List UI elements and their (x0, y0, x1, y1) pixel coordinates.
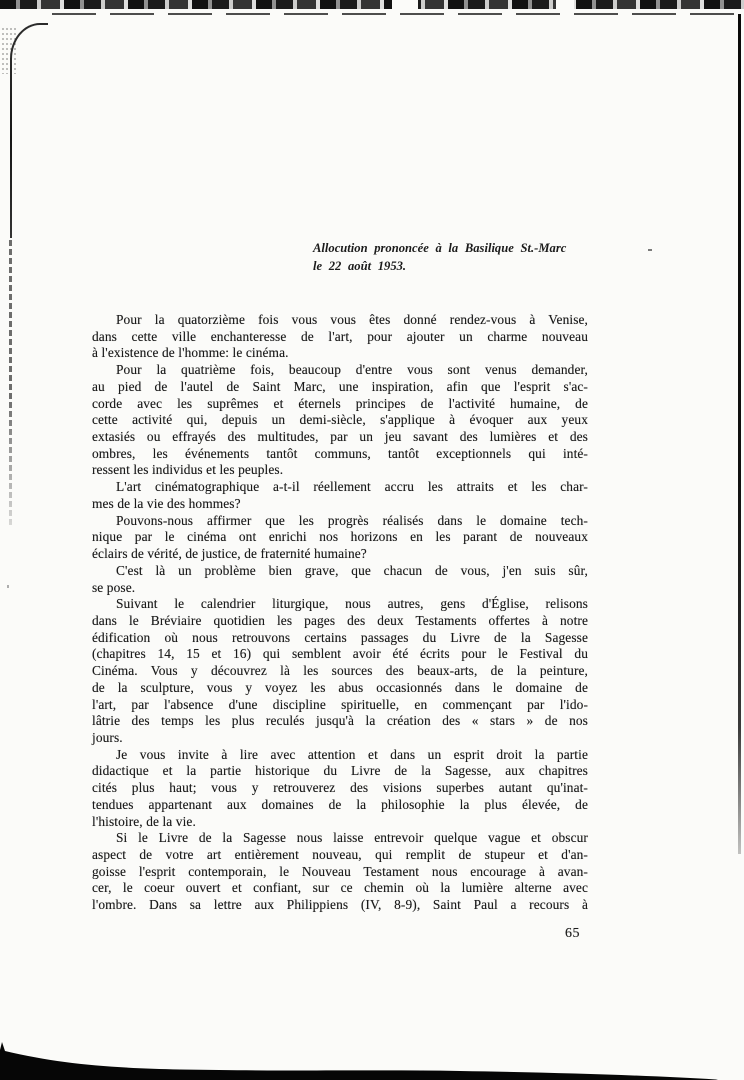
speech-header-line2: le 22 août 1953. (313, 258, 566, 276)
text-line: Suivant le calendrier liturgique, nous a… (92, 596, 588, 613)
text-line: dans le Bréviaire quotidien les pages de… (92, 613, 588, 630)
scan-right-edge-line (738, 14, 741, 854)
body-text: Pour la quatorzième fois vous vous êtes … (92, 312, 588, 914)
scan-top-edge-gap (392, 0, 418, 10)
text-line: Cinéma. Vous y découvrez là les sources … (92, 663, 588, 680)
paragraph: Pouvons-nous affirmer que les progrès ré… (92, 513, 588, 563)
text-line: ressent les individus et les peuples. (92, 462, 588, 479)
scanned-page: Allocution prononcée à la Basilique St.-… (0, 0, 744, 1080)
speech-header-line1: Allocution prononcée à la Basilique St.-… (313, 240, 566, 258)
text-line: éclairs de vérité, de justice, de frater… (92, 546, 588, 563)
text-line: de la sculpture, vous y voyez les abus o… (92, 680, 588, 697)
text-line: à l'existence de l'homme: le cinéma. (92, 345, 588, 362)
text-line: Pour la quatorzième fois vous vous êtes … (92, 312, 588, 329)
text-line: édification où nous retrouvons certains … (92, 630, 588, 647)
speech-header: Allocution prononcée à la Basilique St.-… (313, 240, 566, 275)
text-line: extasiés ou effrayés des multitudes, par… (92, 429, 588, 446)
paragraph: Suivant le calendrier liturgique, nous a… (92, 596, 588, 746)
text-line: jours. (92, 730, 588, 747)
text-line: cer, le coeur ouvert et confiant, sur ce… (92, 880, 588, 897)
scan-speck (648, 249, 652, 251)
text-line: dans cette ville enchanteresse de l'art,… (92, 329, 588, 346)
text-line: l'ombre. Dans sa lettre aux Philippiens … (92, 897, 588, 914)
text-line: nique par le cinéma ont enrichi nos hori… (92, 529, 588, 546)
scan-top-edge-gap (556, 0, 574, 10)
scan-top-rule-line (52, 13, 744, 15)
text-line: goisse l'esprit contemporain, le Nouveau… (92, 864, 588, 881)
scan-left-edge-line (10, 58, 12, 238)
text-line: corde avec les suprêmes et éternels prin… (92, 396, 588, 413)
scan-left-edge-dashes (9, 240, 12, 525)
text-line: l'histoire, de la vie. (92, 814, 588, 831)
scan-top-edge-noise (0, 0, 744, 9)
text-line: (chapitres 14, 15 et 16) qui semblent av… (92, 646, 588, 663)
text-line: cités plus haut; vous y retrouverez des … (92, 780, 588, 797)
text-line: l'art, par l'absence d'une discipline sp… (92, 697, 588, 714)
text-line: Je vous invite à lire avec attention et … (92, 747, 588, 764)
text-line: cette activité qui, depuis un demi-siècl… (92, 412, 588, 429)
paragraph: Si le Livre de la Sagesse nous laisse en… (92, 830, 588, 914)
text-line: tendues appartenant aux domaines de la p… (92, 797, 588, 814)
text-line: C'est là un problème bien grave, que cha… (92, 563, 588, 580)
scan-speck (7, 585, 9, 588)
text-line: Pour la quatrième fois, beaucoup d'entre… (92, 362, 588, 379)
paragraph: Pour la quatrième fois, beaucoup d'entre… (92, 362, 588, 479)
text-line: lâtrie des temps les plus reculés jusqu'… (92, 713, 588, 730)
text-line: didactique et la partie historique du Li… (92, 763, 588, 780)
paragraph: Je vous invite à lire avec attention et … (92, 747, 588, 831)
text-line: ombres, les événements tantôt communs, t… (92, 446, 588, 463)
paragraph: L'art cinématographique a-t-il réellemen… (92, 479, 588, 512)
text-line: se pose. (92, 580, 588, 597)
paragraph: C'est là un problème bien grave, que cha… (92, 563, 588, 596)
text-line: Pouvons-nous affirmer que les progrès ré… (92, 513, 588, 530)
text-line: L'art cinématographique a-t-il réellemen… (92, 479, 588, 496)
text-line: mes de la vie des hommes? (92, 496, 588, 513)
paragraph: Pour la quatorzième fois vous vous êtes … (92, 312, 588, 362)
text-line: Si le Livre de la Sagesse nous laisse en… (92, 830, 588, 847)
page-number: 65 (565, 926, 580, 942)
text-line: au pied de l'autel de Saint Marc, une in… (92, 379, 588, 396)
scan-bottom-shadow (0, 1038, 744, 1080)
text-line: aspect de votre art entièrement nouveau,… (92, 847, 588, 864)
